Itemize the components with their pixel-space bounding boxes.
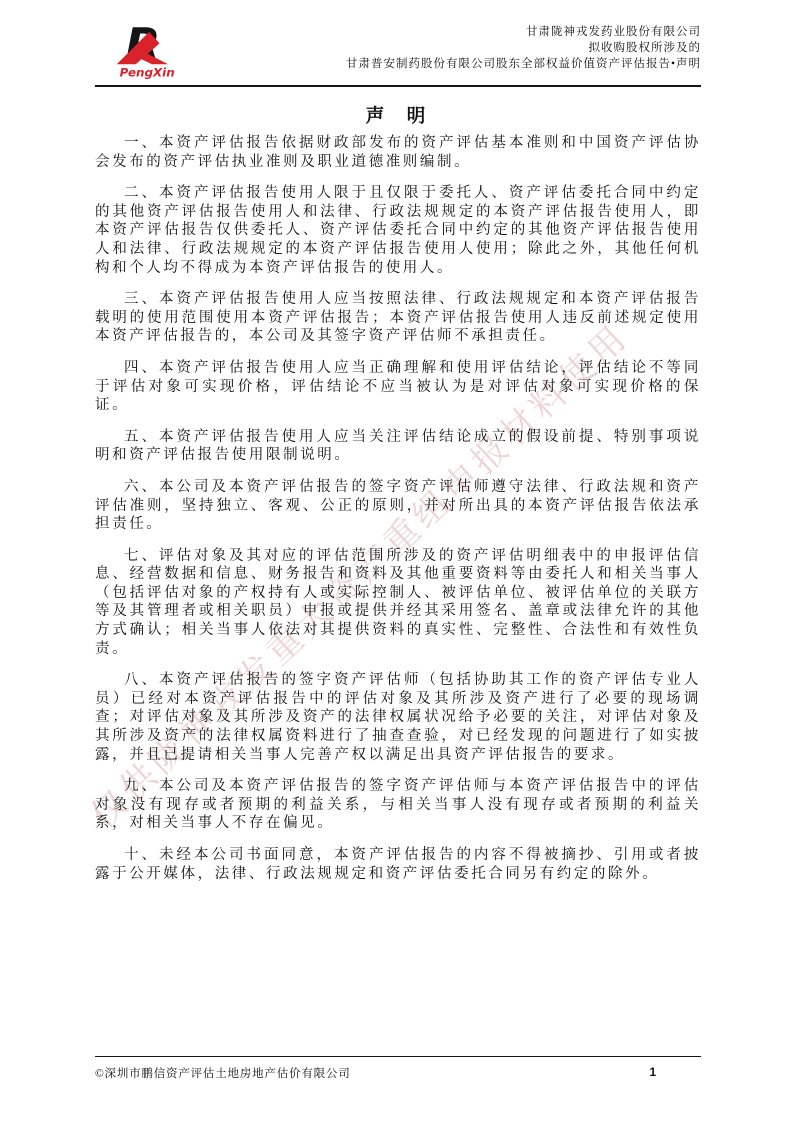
declaration-paragraph-8: 八、本资产评估报告的签字资产评估师（包括协助其工作的资产评估专业人员）已经对本资… <box>95 671 701 764</box>
declaration-paragraph-1: 一、本资产评估报告依据财政部发布的资产评估基本准则和中国资产评估协会发布的资产评… <box>95 134 701 171</box>
pengxin-logo-icon: R PengXin <box>111 20 191 80</box>
declaration-paragraph-9: 九、本公司及本资产评估报告的签字资产评估师与本资产评估报告中的评估对象没有现存或… <box>95 777 701 833</box>
declaration-paragraph-6: 六、本公司及本资产评估报告的签字资产评估师遵守法律、行政法规和资产评估准则，坚持… <box>95 478 701 534</box>
footer-divider-line <box>95 1056 701 1057</box>
declaration-body: 一、本资产评估报告依据财政部发布的资产评估基本准则和中国资产评估协会发布的资产评… <box>95 134 701 896</box>
logo-brand-text: PengXin <box>120 66 175 80</box>
declaration-paragraph-5: 五、本资产评估报告使用人应当关注评估结论成立的假设前提、特别事项说明和资产评估报… <box>95 428 701 465</box>
declaration-paragraph-4: 四、本资产评估报告使用人应当正确理解和使用评估结论，评估结论不等同于评估对象可实… <box>95 359 701 415</box>
page-footer: ©深圳市鹏信资产评估土地房地产估价有限公司 1 <box>95 1065 701 1081</box>
document-page: 仅供陇神戎发重大资产重组申报材料使用 R PengXin 甘肃陇神戎发药业股份有… <box>0 0 793 1122</box>
page-title: 声 明 <box>0 102 793 128</box>
declaration-paragraph-7: 七、评估对象及其对应的评估范围所涉及的资产评估明细表中的申报评估信息、经营数据和… <box>95 547 701 659</box>
declaration-paragraph-2: 二、本资产评估报告使用人限于且仅限于委托人、资产评估委托合同中约定的其他资产评估… <box>95 184 701 277</box>
footer-company-name: ©深圳市鹏信资产评估土地房地产估价有限公司 <box>95 1065 351 1081</box>
header-divider-line <box>95 85 701 87</box>
page-number: 1 <box>650 1065 657 1079</box>
declaration-paragraph-10: 十、未经本公司书面同意，本资产评估报告的内容不得被摘抄、引用或者披露于公开媒体，… <box>95 846 701 883</box>
company-logo: R PengXin <box>111 20 191 85</box>
page-header: R PengXin 甘肃陇神戎发药业股份有限公司 拟收购股权所涉及的 甘肃普安制… <box>95 18 701 72</box>
declaration-paragraph-3: 三、本资产评估报告使用人应当按照法律、行政法规规定和本资产评估报告载明的使用范围… <box>95 290 701 346</box>
